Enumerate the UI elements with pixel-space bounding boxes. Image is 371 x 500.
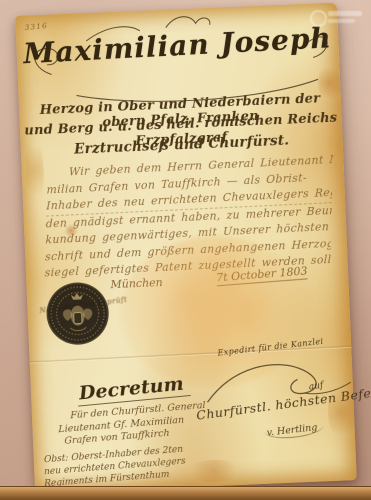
watermark-text-blur [328,19,355,23]
wooden-shelf [0,486,371,500]
manuscript-paper: 3316 Maximilian Joseph Herzog in Ober un… [15,2,357,493]
photo-watermark [310,7,366,29]
document-title: Maximilian Joseph [16,21,339,71]
wax-ink-seal-icon [44,280,111,347]
signature-name: v. Hertling [264,421,324,440]
watermark-text-blur [328,11,362,16]
photo-background: 3316 Maximilian Joseph Herzog in Ober un… [0,0,371,500]
watermark-logo-icon [310,10,327,27]
inventory-number: 3316 [24,21,48,32]
